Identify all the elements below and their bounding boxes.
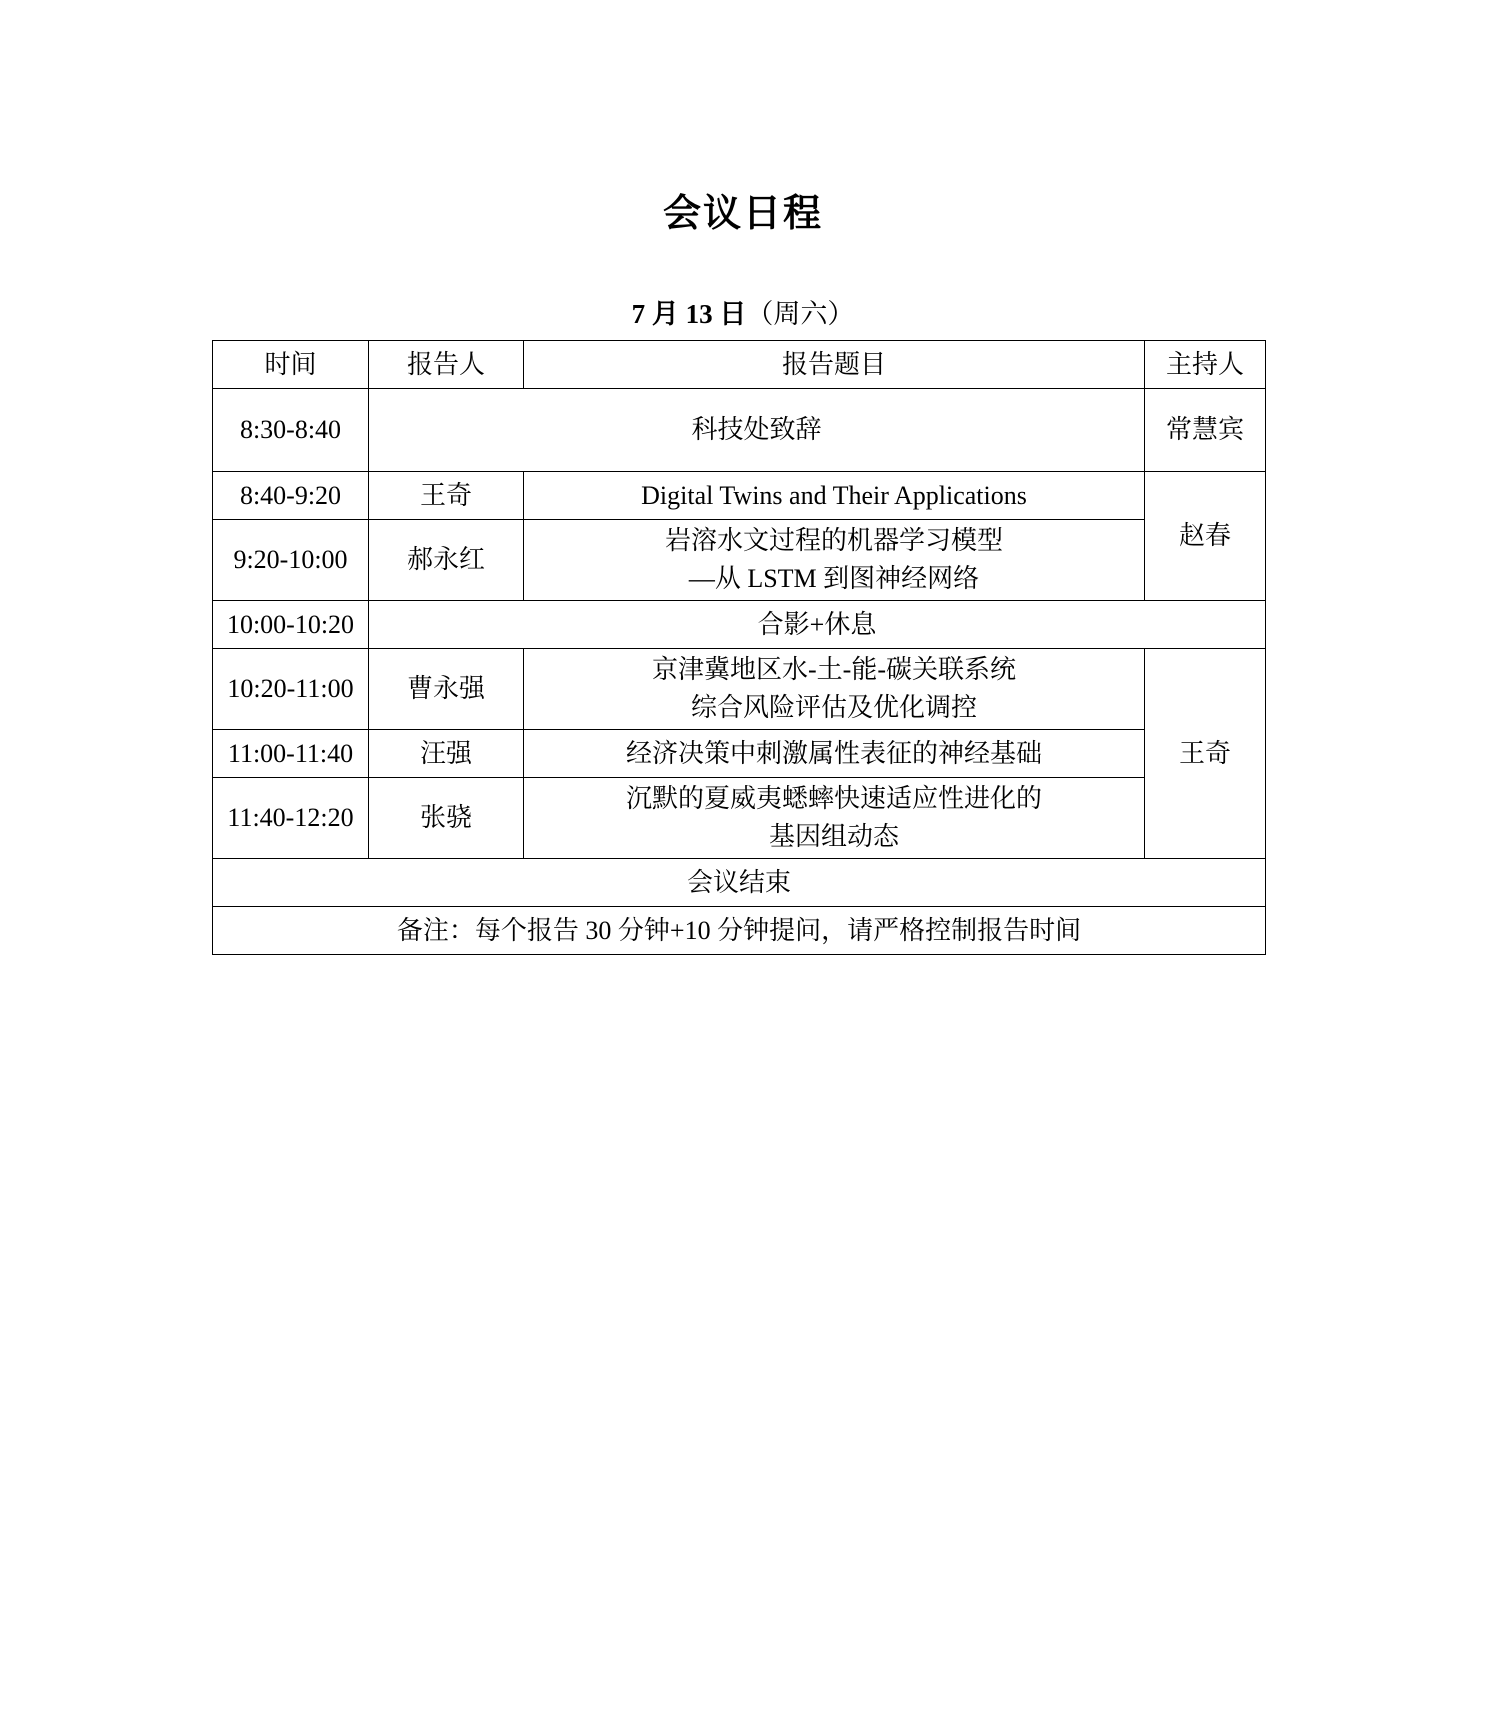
topic-line: —从 LSTM 到图神经网络	[524, 560, 1144, 598]
topic-cell: 京津冀地区水-土-能-碳关联系统 综合风险评估及优化调控	[524, 649, 1145, 730]
note-cell: 备注：每个报告 30 分钟+10 分钟提问，请严格控制报告时间	[213, 907, 1266, 955]
topic-line: 基因组动态	[524, 818, 1144, 856]
time-cell: 11:00-11:40	[213, 730, 369, 778]
header-time: 时间	[213, 341, 369, 389]
topic-cell: 沉默的夏威夷蟋蟀快速适应性进化的 基因组动态	[524, 778, 1145, 859]
speaker-cell: 汪强	[369, 730, 524, 778]
table-row: 10:20-11:00 曹永强 京津冀地区水-土-能-碳关联系统 综合风险评估及…	[213, 649, 1266, 730]
table-row: 备注：每个报告 30 分钟+10 分钟提问，请严格控制报告时间	[213, 907, 1266, 955]
opening-remarks-cell: 科技处致辞	[369, 389, 1145, 472]
table-row: 11:40-12:20 张骁 沉默的夏威夷蟋蟀快速适应性进化的 基因组动态	[213, 778, 1266, 859]
speaker-cell: 曹永强	[369, 649, 524, 730]
time-cell: 8:40-9:20	[213, 472, 369, 520]
table-row: 10:00-10:20 合影+休息	[213, 601, 1266, 649]
table-row: 9:20-10:00 郝永红 岩溶水文过程的机器学习模型 —从 LSTM 到图神…	[213, 520, 1266, 601]
topic-line: 沉默的夏威夷蟋蟀快速适应性进化的	[524, 780, 1144, 818]
schedule-table: 时间 报告人 报告题目 主持人 8:30-8:40 科技处致辞 常慧宾 8:40…	[212, 340, 1266, 955]
break-cell: 合影+休息	[369, 601, 1266, 649]
speaker-cell: 郝永红	[369, 520, 524, 601]
host-cell: 常慧宾	[1145, 389, 1266, 472]
page-title: 会议日程	[0, 188, 1486, 238]
topic-cell: 经济决策中刺激属性表征的神经基础	[524, 730, 1145, 778]
topic-line: 岩溶水文过程的机器学习模型	[524, 522, 1144, 560]
time-cell: 10:00-10:20	[213, 601, 369, 649]
topic-cell: Digital Twins and Their Applications	[524, 472, 1145, 520]
date-label: 7 月 13 日	[632, 299, 747, 329]
time-cell: 11:40-12:20	[213, 778, 369, 859]
header-speaker: 报告人	[369, 341, 524, 389]
schedule-date: 7 月 13 日（周六）	[0, 296, 1486, 332]
host-cell: 赵春	[1145, 472, 1266, 601]
topic-cell: 岩溶水文过程的机器学习模型 —从 LSTM 到图神经网络	[524, 520, 1145, 601]
time-cell: 10:20-11:00	[213, 649, 369, 730]
table-header-row: 时间 报告人 报告题目 主持人	[213, 341, 1266, 389]
table-row: 8:40-9:20 王奇 Digital Twins and Their App…	[213, 472, 1266, 520]
header-host: 主持人	[1145, 341, 1266, 389]
speaker-cell: 王奇	[369, 472, 524, 520]
speaker-cell: 张骁	[369, 778, 524, 859]
table-row: 8:30-8:40 科技处致辞 常慧宾	[213, 389, 1266, 472]
host-cell: 王奇	[1145, 649, 1266, 859]
topic-line: Digital Twins and Their Applications	[524, 477, 1144, 515]
time-cell: 8:30-8:40	[213, 389, 369, 472]
table-row: 11:00-11:40 汪强 经济决策中刺激属性表征的神经基础	[213, 730, 1266, 778]
topic-line: 经济决策中刺激属性表征的神经基础	[524, 735, 1144, 773]
meeting-end-cell: 会议结束	[213, 859, 1266, 907]
topic-line: 综合风险评估及优化调控	[524, 689, 1144, 727]
header-topic: 报告题目	[524, 341, 1145, 389]
weekday-label: （周六）	[746, 299, 854, 329]
time-cell: 9:20-10:00	[213, 520, 369, 601]
topic-line: 京津冀地区水-土-能-碳关联系统	[524, 651, 1144, 689]
table-row: 会议结束	[213, 859, 1266, 907]
